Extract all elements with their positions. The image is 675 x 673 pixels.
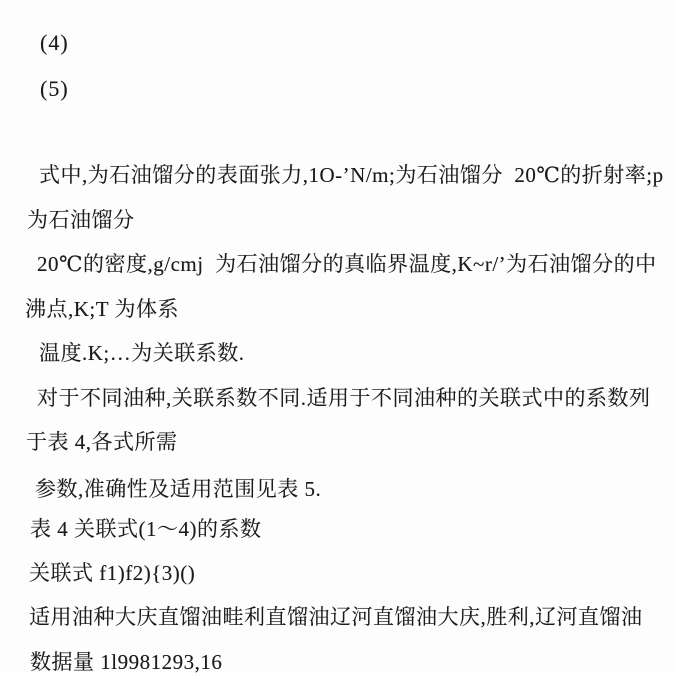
table4-row-data-count: 数据量 1l9981293,16 bbox=[30, 649, 222, 673]
equation-label-5: (5) bbox=[40, 76, 69, 102]
table4-caption-line: 表 4 关联式(1～4)的系数 bbox=[30, 516, 262, 542]
paragraph-line-5: 温度.K;…为关联系数. bbox=[39, 340, 245, 366]
paragraph-line-7: 于表 4,各式所需 bbox=[26, 429, 178, 455]
table4-row-oil-types: 适用油种大庆直馏油畦利直馏油辽河直馏油大庆,胜利,辽河直馏油 bbox=[29, 604, 643, 630]
paragraph-line-6: 对于不同油种,关联系数不同.适用于不同油种的关联式中的系数列 bbox=[37, 385, 651, 411]
paragraph-line-1: 式中,为石油馏分的表面张力,1O-’N/m;为石油馏分 20℃的折射率;p bbox=[39, 162, 664, 188]
paragraph-line-4: 沸点,K;T 为体系 bbox=[25, 296, 179, 322]
equation-label-4: (4) bbox=[40, 30, 69, 56]
paragraph-line-2: 为石油馏分 bbox=[27, 207, 135, 233]
document-page: (4) (5) 式中,为石油馏分的表面张力,1O-’N/m;为石油馏分 20℃的… bbox=[0, 0, 675, 673]
table4-row-correlation: 关联式 f1)f2){3)() bbox=[29, 560, 195, 586]
paragraph-line-3: 20℃的密度,g/cmj 为石油馏分的真临界温度,K~r/’为石油馏分的中 bbox=[37, 251, 657, 277]
paragraph-line-8: 参数,准确性及适用范围见表 5. bbox=[35, 476, 321, 502]
